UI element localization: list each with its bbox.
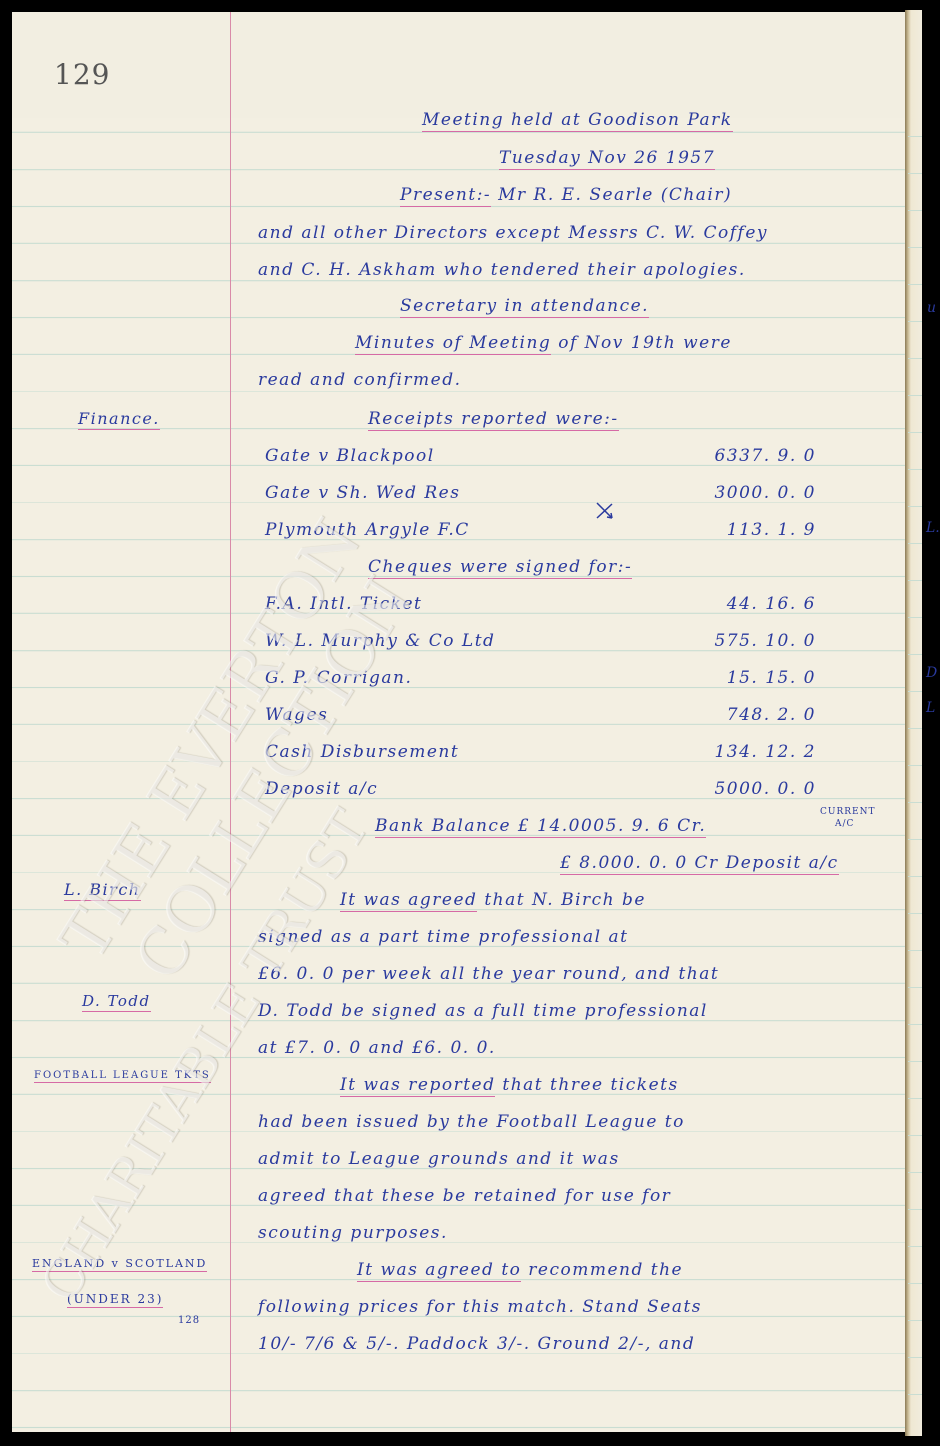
present-line: Present:- Mr R. E. Searle (Chair) [400,185,732,205]
receipt-item: Gate v Sh. Wed Res [265,483,460,503]
receipt-amount: 6337. 9. 0 [676,446,816,466]
birch-rest: that N. Birch be [484,890,646,910]
margin-note-ref: 128 [178,1315,200,1326]
page-number: 129 [54,58,110,91]
cheque-amount: 575. 10. 0 [676,631,816,651]
present-label: Present:- [400,185,491,207]
bank-balance-current-value: £ 14.0005. 9. 6 Cr. [518,816,706,836]
tickets-line-4: agreed that these be retained for use fo… [258,1186,671,1206]
cheque-item: W. L. Murphy & Co Ltd [265,631,495,651]
bank-balance-deposit: £ 8.000. 0. 0 Cr Deposit a/c [560,853,839,875]
tickets-line-2: had been issued by the Football League t… [258,1112,685,1132]
minutes-line-1: Minutes of Meeting of Nov 19th were [355,333,732,353]
tickets-rest: that three tickets [502,1075,678,1095]
meeting-heading: Meeting held at Goodison Park [422,110,733,132]
cheque-item: Wages [265,705,328,725]
receipts-heading: Receipts reported were:- [368,409,619,431]
tickets-underlined: It was reported [340,1075,495,1097]
receipt-item: Gate v Blackpool [265,446,435,466]
facing-page-fragment: L [926,700,935,716]
attendance-line-2: and C. H. Askham who tendered their apol… [258,260,746,280]
england-line-1: It was agreed to recommend the [357,1260,683,1280]
tickets-line-1: It was reported that three tickets [340,1075,679,1095]
cross-arrow-mark-icon [594,500,616,522]
cheque-amount: 15. 15. 0 [676,668,816,688]
meeting-date: Tuesday Nov 26 1957 [499,148,715,170]
margin-note-england-scotland: ENGLAND v SCOTLAND [32,1257,207,1272]
bank-balance-label: Bank Balance [375,816,511,836]
birch-underlined: It was agreed [340,890,477,912]
ledger-page: 129 Meeting held at Goodison Park Tuesda… [12,12,905,1432]
present-chair: Mr R. E. Searle (Chair) [498,185,732,205]
cheque-item: Cash Disbursement [265,742,459,762]
receipt-item: Plymouth Argyle F.C [265,520,470,540]
receipt-amount: 3000. 0. 0 [676,483,816,503]
attendance-line-1: and all other Directors except Messrs C.… [258,223,768,243]
england-rest: recommend the [528,1260,683,1280]
margin-note-football-league: FOOTBALL LEAGUE TKTS [34,1070,211,1083]
current-ac-note: CURRENT [820,807,875,817]
birch-line-1: It was agreed that N. Birch be [340,890,646,910]
england-underlined: It was agreed to [357,1260,521,1282]
cheque-amount: 748. 2. 0 [676,705,816,725]
facing-page-ruling [908,100,922,1430]
margin-note-birch: L. Birch [64,880,141,901]
tickets-line-3: admit to League grounds and it was [258,1149,620,1169]
margin-note-finance: Finance. [78,409,160,430]
cheque-item: Deposit a/c [265,779,378,799]
minutes-underlined: Minutes of Meeting [355,333,551,355]
cheque-item: F.A. Intl. Ticket [265,594,422,614]
cheque-item: G. P. Corrigan. [265,668,412,688]
birch-line-3: £6. 0. 0 per week all the year round, an… [258,964,719,984]
current-ac-note-ac: A/C [835,819,854,829]
england-line-2: following prices for this match. Stand S… [258,1297,702,1317]
margin-note-todd: D. Todd [82,992,151,1012]
birch-line-4: D. Todd be signed as a full time profess… [258,1001,708,1021]
facing-page-fragment: D [926,665,937,681]
margin-note-under-23: (UNDER 23) [67,1292,163,1308]
margin-rule [230,12,231,1432]
receipt-amount: 113. 1. 9 [676,520,816,540]
cheque-amount: 5000. 0. 0 [676,779,816,799]
facing-page-fragment: u [927,300,936,316]
cheques-heading: Cheques were signed for:- [368,557,632,579]
tickets-line-5: scouting purposes. [258,1223,448,1243]
facing-page-fragment: L. [926,520,940,536]
cheque-amount: 134. 12. 2 [676,742,816,762]
minutes-rest: of Nov 19th were [558,333,732,353]
minutes-line-2: read and confirmed. [258,370,462,390]
bank-balance-current: Bank Balance £ 14.0005. 9. 6 Cr. [375,816,706,838]
secretary-line: Secretary in attendance. [400,296,649,318]
cheque-amount: 44. 16. 6 [676,594,816,614]
birch-line-5: at £7. 0. 0 and £6. 0. 0. [258,1038,496,1058]
england-line-3: 10/- 7/6 & 5/-. Paddock 3/-. Ground 2/-,… [258,1334,695,1354]
birch-line-2: signed as a part time professional at [258,927,628,947]
